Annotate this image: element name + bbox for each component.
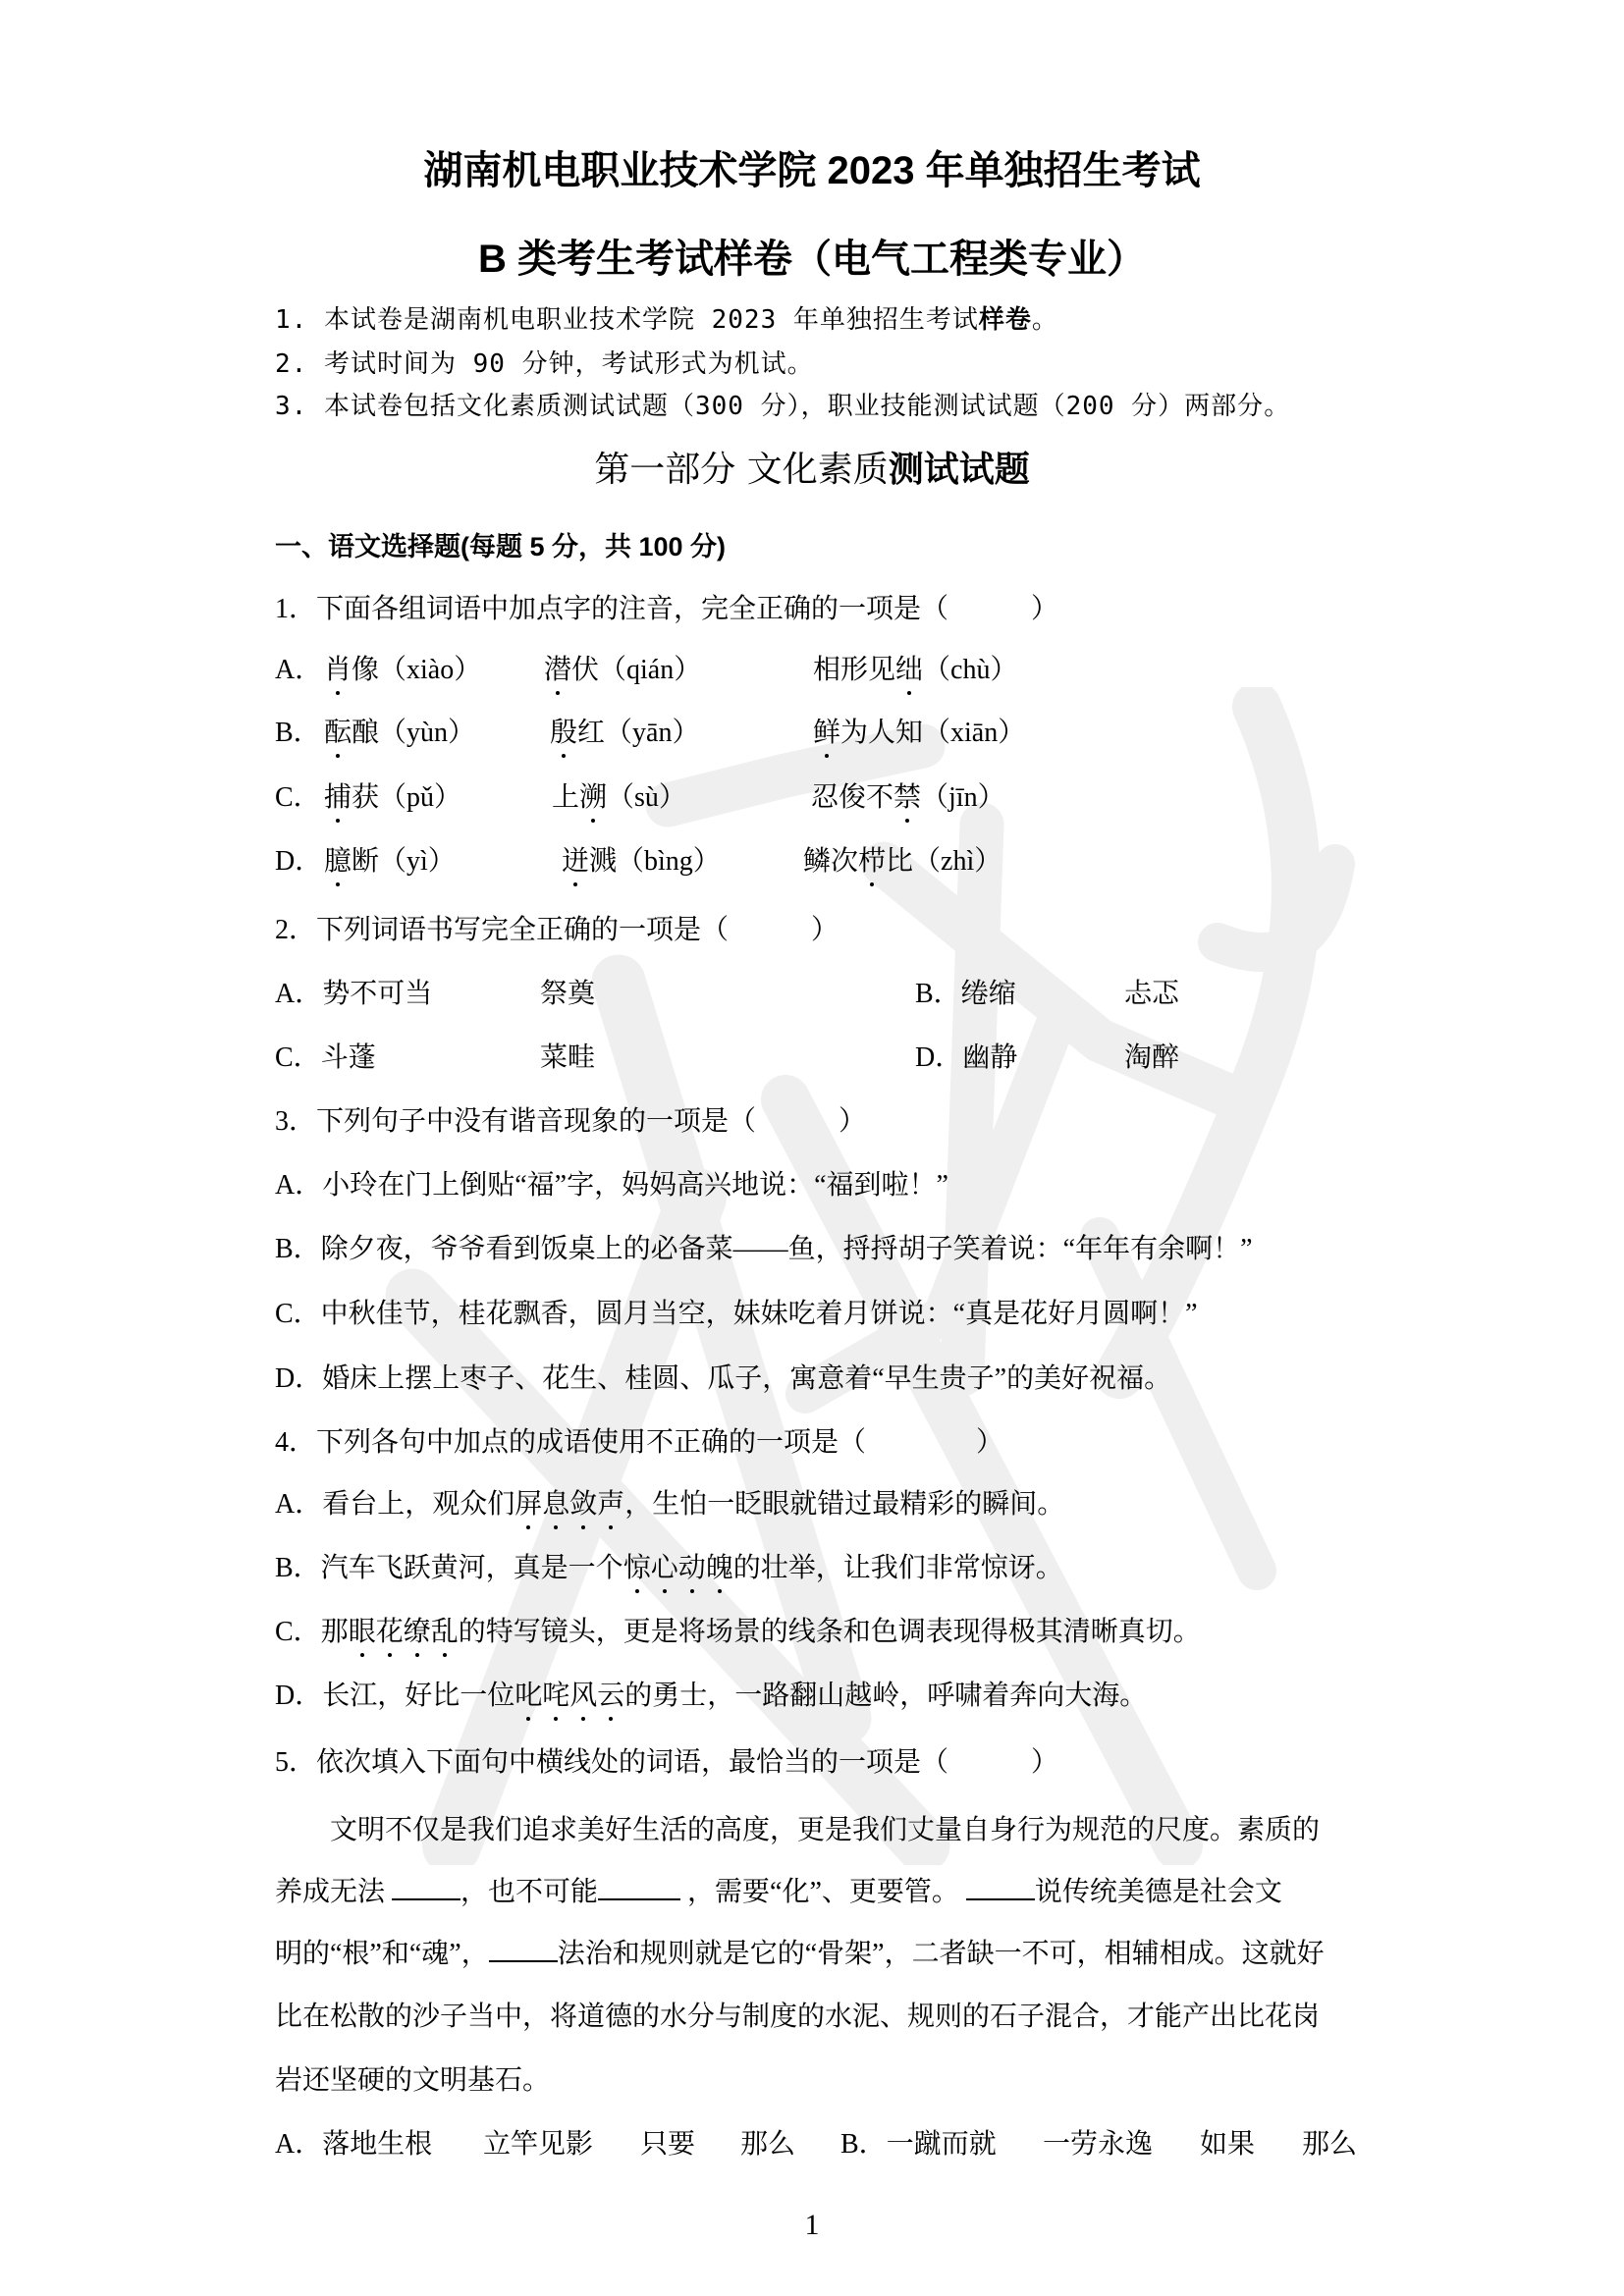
q3-option-b: B．除夕夜，爷爷看到饭桌上的必备菜——鱼，捋捋胡子笑着说：“年年有余啊！” [275, 1227, 1253, 1266]
q1-option-b: B． 酝酿（yùn） 殷红（yān） 鲜为人知（xiān） [275, 711, 321, 750]
emphasis-char: 惊 [623, 1546, 651, 1585]
emphasis-char: 眼 [349, 1610, 376, 1649]
q1-a-item-2: 潜伏（qián） [544, 648, 701, 687]
emphasis-char: 声 [597, 1482, 624, 1522]
emphasis-char: 鲜 [813, 711, 840, 750]
emphasis-char: 缭 [404, 1610, 431, 1649]
exam-note-3: 3. 本试卷包括文化素质测试试题（300 分），职业技能测试试题（200 分）两… [275, 386, 1290, 422]
q1-c-item-1: 捕获（pǔ） [324, 775, 461, 815]
q5-a-word-2: 立竿见影 [483, 2122, 593, 2162]
option-label: A． [275, 655, 322, 685]
q5-a-word-4: 那么 [740, 2122, 795, 2162]
emphasis-char: 绌 [895, 648, 923, 687]
q1-c-item-2: 上溯（sù） [552, 775, 686, 815]
emphasis-char: 溯 [579, 775, 607, 815]
q5-passage-line-3: 明的“根”和“魂”，法治和规则就是它的“骨架”，二者缺一不可，相辅相成。这就好 [275, 1932, 1325, 1971]
question-4-stem: 4．下列各句中加点的成语使用不正确的一项是（ ） [275, 1420, 1003, 1460]
emphasis-char: 息 [542, 1482, 569, 1522]
emphasis-char: 殷 [550, 711, 577, 750]
q1-b-item-1: 酝酿（yùn） [324, 711, 475, 750]
option-word: 一蹴而就 [887, 2129, 997, 2160]
fill-blank-3 [966, 1873, 1035, 1900]
page-number: 1 [0, 2209, 1624, 2242]
emphasis-char: 禁 [893, 775, 921, 815]
section-title: 第一部分 文化素质测试试题 [0, 442, 1624, 492]
q5-passage-line-2: 养成无法 ，也不可能 ，需要“化”、更要管。 说传统美德是社会文 [275, 1870, 1282, 1909]
q5-option-a: A．落地生根 [275, 2122, 432, 2162]
question-3-stem: 3．下列句子中没有谐音现象的一项是（ ） [275, 1099, 866, 1139]
q2-a-word-2: 祭奠 [540, 972, 595, 1011]
emphasis-char: 风 [569, 1674, 597, 1713]
section-title-bold: 测试试题 [889, 449, 1030, 490]
q1-b-item-3: 鲜为人知（xiān） [813, 711, 1025, 750]
q1-a-item-3: 相形见绌（chù） [813, 648, 1017, 687]
q2-d-word-2: 淘醉 [1124, 1036, 1179, 1075]
emphasis-char: 捕 [324, 775, 352, 815]
question-5-stem: 5．依次填入下面句中横线处的词语，最恰当的一项是（ ） [275, 1740, 1058, 1780]
question-1-stem: 1．下面各组词语中加点字的注音，完全正确的一项是（ ） [275, 587, 1058, 626]
q1-d-item-2: 迸溅（bìng） [562, 839, 721, 879]
section-title-plain: 第一部分 文化素质 [594, 450, 888, 490]
part-heading: 一、语文选择题(每题 5 分，共 100 分) [275, 525, 726, 563]
fill-blank-1 [392, 1873, 460, 1900]
q5-passage-line-1: 文明不仅是我们追求美好生活的高度，更是我们丈量自身行为规范的尺度。素质的 [330, 1808, 1320, 1847]
emphasis-char: 潜 [544, 648, 571, 687]
q2-b-word-2: 忐忑 [1124, 972, 1179, 1011]
q2-option-b: B．绻缩 [915, 972, 1016, 1011]
q5-b-word-4: 那么 [1302, 2122, 1357, 2162]
emphasis-char: 酝 [324, 711, 352, 750]
q5-passage-line-5: 岩还坚硬的文明基石。 [275, 2058, 550, 2098]
q1-b-item-2: 殷红（yān） [550, 711, 699, 750]
emphasis-char: 臆 [324, 839, 352, 879]
q1-c-item-3: 忍俊不禁（jīn） [811, 775, 1005, 815]
fill-blank-2 [598, 1873, 680, 1900]
q2-c-word-2: 菜畦 [540, 1036, 595, 1075]
q4-option-b: B．汽车飞跃黄河，真是一个惊心动魄的壮举，让我们非常惊讶。 [275, 1546, 1063, 1585]
emphasis-char: 咤 [542, 1674, 569, 1713]
emphasis-char: 屏 [514, 1482, 542, 1522]
q5-a-word-3: 只要 [640, 2122, 695, 2162]
q4-option-d: D．长江，好比一位叱咤风云的勇士，一路翻山越岭，呼啸着奔向大海。 [275, 1674, 1147, 1713]
q2-option-d: D．幽静 [915, 1036, 1017, 1075]
option-label: B． [275, 718, 321, 748]
emphasis-char: 叱 [514, 1674, 542, 1713]
option-word: 绻缩 [961, 979, 1016, 1009]
q1-option-a: A． 肖像（xiào） 潜伏（qián） 相形见绌（chù） [275, 648, 322, 687]
emphasis-char: 敛 [569, 1482, 597, 1522]
fill-blank-4 [489, 1935, 558, 1962]
option-word: 幽静 [962, 1042, 1017, 1073]
q4-option-a: A．看台上，观众们屏息敛声，生怕一眨眼就错过最精彩的瞬间。 [275, 1482, 1064, 1522]
emphasis-char: 迸 [562, 839, 589, 879]
exam-page: 湖南机电职业技术学院 2023 年单独招生考试 B 类考生考试样卷（电气工程类专… [0, 0, 1624, 2296]
note-emphasis: 样卷 [979, 305, 1032, 335]
q2-option-a: A．势不可当 [275, 972, 432, 1011]
emphasis-char: 魄 [706, 1546, 733, 1585]
question-2-stem: 2．下列词语书写完全正确的一项是（ ） [275, 908, 839, 947]
note-suffix: 。 [1032, 305, 1058, 335]
q4-option-c: C．那眼花缭乱的特写镜头，更是将场景的线条和色调表现得极其清晰真切。 [275, 1610, 1201, 1649]
note-text: 1. 本试卷是湖南机电职业技术学院 2023 年单独招生考试 [275, 305, 979, 335]
q3-option-d: D．婚床上摆上枣子、花生、桂圆、瓜子，寓意着“早生贵子”的美好祝福。 [275, 1357, 1171, 1396]
exam-subtitle: B 类考生考试样卷（电气工程类专业） [0, 228, 1624, 284]
q1-option-c: C． 捕获（pǔ） 上溯（sù） 忍俊不禁（jīn） [275, 775, 321, 815]
option-word: 势不可当 [322, 979, 432, 1009]
exam-note-1: 1. 本试卷是湖南机电职业技术学院 2023 年单独招生考试样卷。 [275, 299, 1058, 336]
emphasis-char: 心 [651, 1546, 678, 1585]
q5-passage-line-4: 比在松散的沙子当中，将道德的水分与制度的水泥、规则的石子混合，才能产出比花岗 [275, 1995, 1320, 2034]
emphasis-char: 云 [597, 1674, 624, 1713]
q5-b-word-3: 如果 [1200, 2122, 1255, 2162]
option-label: D． [275, 846, 322, 877]
q5-option-b: B．一蹴而就 [840, 2122, 997, 2162]
option-word: 落地生根 [322, 2129, 432, 2160]
option-label: C． [275, 782, 321, 813]
q1-d-item-1: 臆断（yì） [324, 839, 456, 879]
option-word: 斗蓬 [321, 1042, 376, 1073]
emphasis-char: 花 [376, 1610, 404, 1649]
q1-d-item-3: 鳞次栉比（zhì） [803, 839, 1001, 879]
note-text: 3. 本试卷包括文化素质测试试题（300 分），职业技能测试试题（200 分）两… [275, 392, 1290, 421]
note-text: 2. 考试时间为 90 分钟，考试形式为机试。 [275, 349, 814, 379]
q5-b-word-2: 一劳永逸 [1043, 2122, 1153, 2162]
q1-option-d: D． 臆断（yì） 迸溅（bìng） 鳞次栉比（zhì） [275, 839, 322, 879]
exam-note-2: 2. 考试时间为 90 分钟，考试形式为机试。 [275, 344, 814, 380]
q2-option-c: C．斗蓬 [275, 1036, 376, 1075]
exam-title: 湖南机电职业技术学院 2023 年单独招生考试 [0, 139, 1624, 195]
q3-option-c: C．中秋佳节，桂花飘香，圆月当空，妹妹吃着月饼说：“真是花好月圆啊！” [275, 1292, 1198, 1331]
emphasis-char: 动 [678, 1546, 706, 1585]
emphasis-char: 肖 [324, 648, 352, 687]
q3-option-a: A．小玲在门上倒贴“福”字，妈妈高兴地说：“福到啦！” [275, 1163, 948, 1202]
q1-a-item-1: 肖像（xiào） [324, 648, 481, 687]
emphasis-char: 乱 [431, 1610, 459, 1649]
emphasis-char: 栉 [858, 839, 886, 879]
